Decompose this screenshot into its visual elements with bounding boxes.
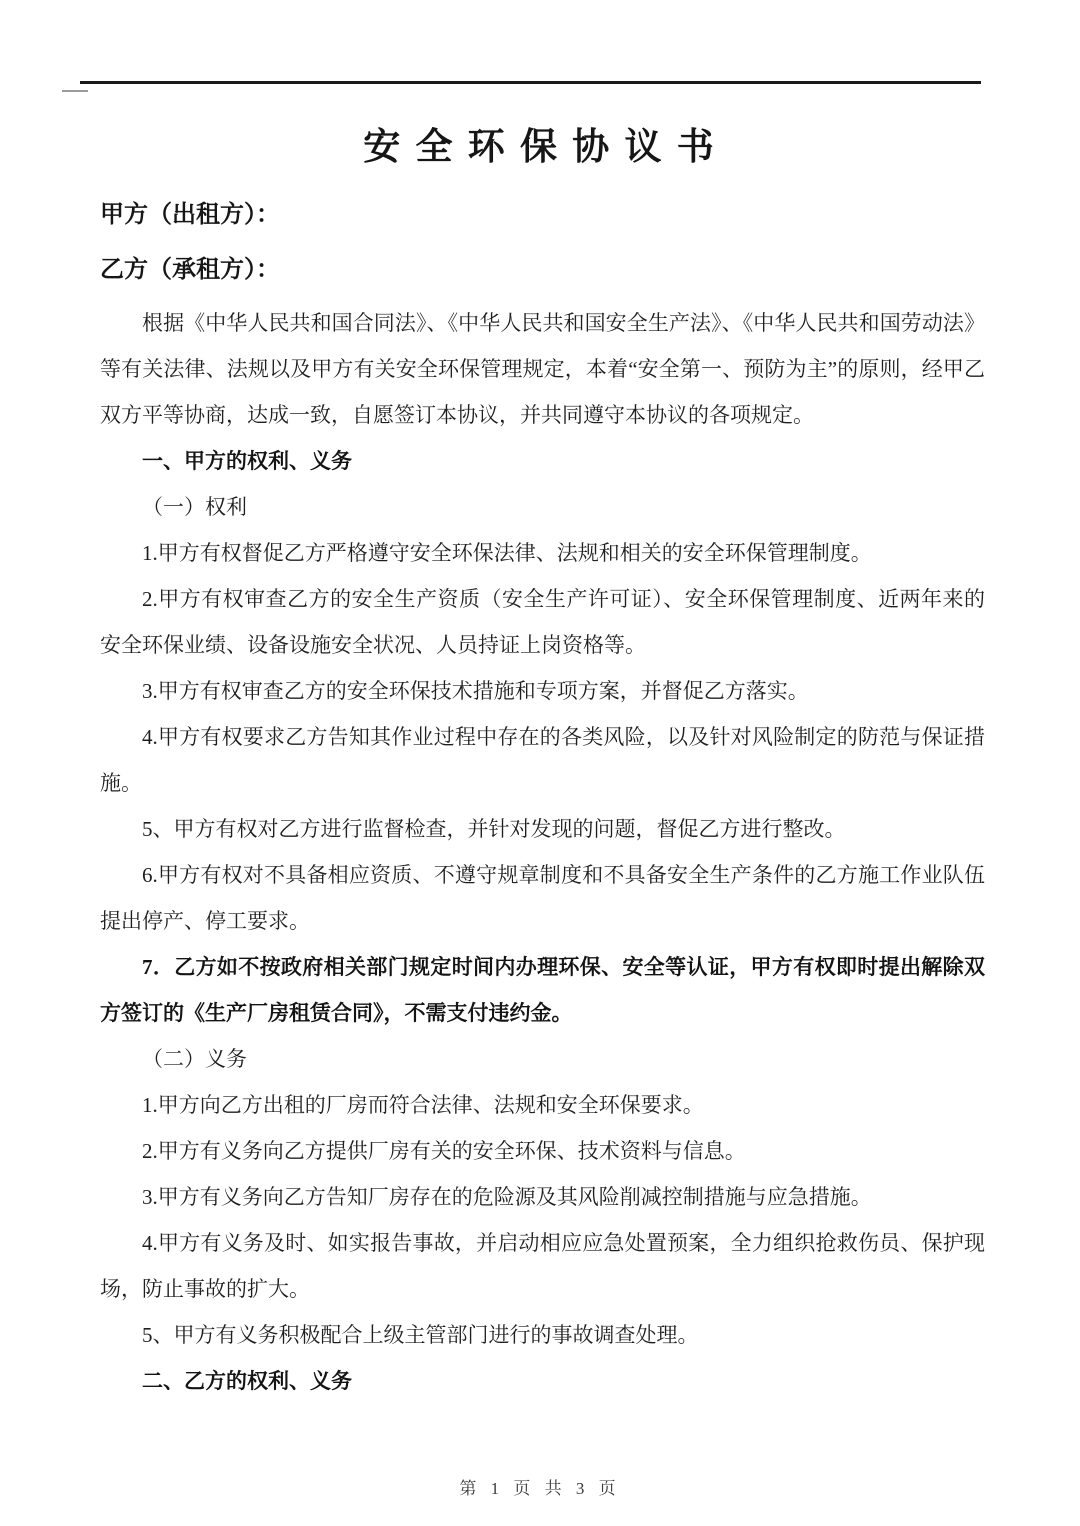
- clause-paragraph: 1.甲方向乙方出租的厂房而符合法律、法规和安全环保要求。: [100, 1082, 985, 1128]
- clause-paragraph: 2.甲方有权审查乙方的安全生产资质（安全生产许可证）、安全环保管理制度、近两年来…: [100, 576, 985, 668]
- page-number-footer: 第 1 页 共 3 页: [0, 1474, 1080, 1499]
- clause-paragraph: 5、甲方有权对乙方进行监督检查，并针对发现的问题，督促乙方进行整改。: [100, 806, 985, 852]
- document-page: 安 全 环 保 协 议 书 甲方（出租方）： 乙方（承租方）： 根据《中华人民共…: [0, 0, 1080, 1526]
- subsection-obligations: （二）义务: [100, 1036, 985, 1082]
- clause-paragraph: 4.甲方有权要求乙方告知其作业过程中存在的各类风险，以及针对风险制定的防范与保证…: [100, 714, 985, 806]
- clause-paragraph-bold: 7．乙方如不按政府相关部门规定时间内办理环保、安全等认证，甲方有权即时提出解除双…: [100, 944, 985, 1036]
- clause-paragraph: 6.甲方有权对不具备相应资质、不遵守规章制度和不具备安全生产条件的乙方施工作业队…: [100, 852, 985, 944]
- header-rule: [80, 81, 981, 84]
- header-rule-artifact: [62, 90, 88, 92]
- clause-paragraph: 5、甲方有义务积极配合上级主管部门进行的事故调查处理。: [100, 1312, 985, 1358]
- clause-paragraph: 2.甲方有义务向乙方提供厂房有关的安全环保、技术资料与信息。: [100, 1128, 985, 1174]
- party-a-line: 甲方（出租方）：: [0, 201, 1080, 229]
- subsection-rights: （一）权利: [100, 484, 985, 530]
- section-heading-1: 一、甲方的权利、义务: [100, 438, 985, 484]
- document-title: 安 全 环 保 协 议 书: [0, 0, 1080, 169]
- clause-paragraph: 1.甲方有权督促乙方严格遵守安全环保法律、法规和相关的安全环保管理制度。: [100, 530, 985, 576]
- party-b-line: 乙方（承租方）：: [0, 256, 1080, 284]
- clause-paragraph: 3.甲方有义务向乙方告知厂房存在的危险源及其风险削减控制措施与应急措施。: [100, 1174, 985, 1220]
- clause-paragraph: 4.甲方有义务及时、如实报告事故，并启动相应应急处置预案，全力组织抢救伤员、保护…: [100, 1220, 985, 1312]
- section-heading-2: 二、乙方的权利、义务: [100, 1358, 985, 1404]
- clause-paragraph: 3.甲方有权审查乙方的安全环保技术措施和专项方案，并督促乙方落实。: [100, 668, 985, 714]
- intro-paragraph: 根据《中华人民共和国合同法》、《中华人民共和国安全生产法》、《中华人民共和国劳动…: [100, 300, 985, 438]
- document-body: 根据《中华人民共和国合同法》、《中华人民共和国安全生产法》、《中华人民共和国劳动…: [0, 300, 1080, 1404]
